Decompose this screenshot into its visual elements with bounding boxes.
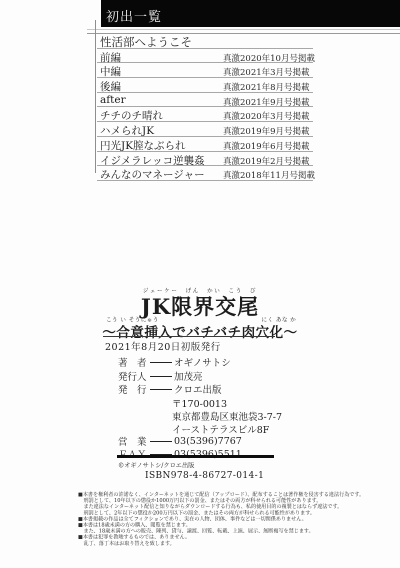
fine-print-line: また違法なインターネット配信と知りながらダウンロードする行為も、私的使用目的の複…	[78, 504, 378, 510]
edition-date: 2021年8月20日初版発行	[105, 339, 221, 353]
book-subtitle: ～合意挿入でバチバチ肉穴化～	[0, 321, 400, 341]
publisher-row: 発 行 クロエ出版	[118, 382, 222, 396]
publication-date: 真激2018年11月号掲載	[223, 169, 315, 181]
colophon-page: 初出一覧 性活部へようこそ 前編 真激2020年10月号掲載 中編 真激2021…	[0, 0, 400, 568]
table-row: 前編 真激2020年10月号掲載	[97, 49, 313, 64]
fax-label: ＦＡＸ	[118, 447, 148, 461]
publisher-label: 発 行	[118, 382, 148, 396]
table-row: みんなのマネージャー 真激2018年11月号掲載	[97, 166, 313, 181]
header-divider-light	[87, 29, 400, 30]
isbn-number: ISBN978-4-86727-014-1	[145, 471, 264, 481]
fax-number: 03(5396)5511	[174, 449, 242, 460]
table-section-row: 性活部へようこそ	[97, 34, 313, 49]
fine-print-line: 乱丁、落丁本はお取り替えを致します。	[78, 541, 378, 547]
section-title: 性活部へようこそ	[100, 34, 192, 50]
chapter-title: みんなのマネージャー	[100, 167, 205, 182]
sales-phone-row: 営 業 03(5396)7767	[118, 434, 242, 448]
table-row: 後編 真激2021年8月号掲載	[97, 78, 313, 93]
first-publication-table: 性活部へようこそ 前編 真激2020年10月号掲載 中編 真激2021年3月号掲…	[97, 34, 313, 181]
address-line: 東京都豊島区東池袋3-7-7	[172, 409, 282, 423]
sales-label: 営 業	[118, 434, 148, 448]
copyright-notice: ©オギノサトシ/クロエ出版	[118, 460, 194, 469]
table-row: イジメラレッコ逆襲姦 真激2019年2月号掲載	[97, 152, 313, 167]
publication-date: 真激2020年3月号掲載	[223, 110, 310, 122]
publication-date: 真激2020年10月号掲載	[223, 52, 315, 64]
first-publication-header-bar: 初出一覧	[101, 0, 400, 27]
label-dash	[150, 362, 172, 363]
label-dash	[150, 389, 172, 390]
publication-date: 真激2019年6月号掲載	[223, 140, 310, 152]
author-label: 著 者	[118, 355, 148, 369]
publisher-person-row: 発行人 加茂亮	[118, 369, 203, 383]
table-row: after 真激2021年9月号掲載	[97, 93, 313, 108]
publisher-person-label: 発行人	[118, 369, 148, 383]
postal-code: 〒170-0013	[172, 396, 227, 410]
table-row: ハメられJK 真激2019年9月号掲載	[97, 122, 313, 137]
table-left-border	[95, 20, 96, 173]
copyright-divider	[117, 455, 274, 458]
publication-date: 真激2019年9月号掲載	[223, 125, 310, 137]
publication-date: 真激2019年2月号掲載	[223, 155, 310, 167]
table-row: 円光JK膣なぶられ 真激2019年6月号掲載	[97, 137, 313, 152]
sales-phone: 03(5396)7767	[174, 436, 242, 447]
publication-date: 真激2021年3月号掲載	[223, 66, 310, 78]
author-name: オギノサトシ	[174, 355, 231, 369]
legal-fine-print: ■本書を権利者の許諾なく、インターネットを通じて配信（アップロード）、配布するこ…	[78, 492, 378, 547]
first-publication-title: 初出一覧	[106, 6, 162, 25]
fax-row: ＦＡＸ 03(5396)5511	[118, 447, 242, 461]
publication-date: 真激2021年9月号掲載	[223, 96, 310, 108]
label-dash	[150, 376, 172, 377]
publication-date: 真激2021年8月号掲載	[223, 81, 310, 93]
author-row: 著 者 オギノサトシ	[118, 355, 231, 369]
label-dash	[150, 441, 172, 442]
chapter-title: after	[100, 94, 126, 106]
table-row: チチのチ晴れ 真激2020年3月号掲載	[97, 107, 313, 122]
publisher-person-name: 加茂亮	[174, 369, 203, 383]
table-row: 中編 真激2021年3月号掲載	[97, 63, 313, 78]
publisher-name: クロエ出版	[174, 382, 222, 396]
edition-divider	[103, 336, 275, 337]
